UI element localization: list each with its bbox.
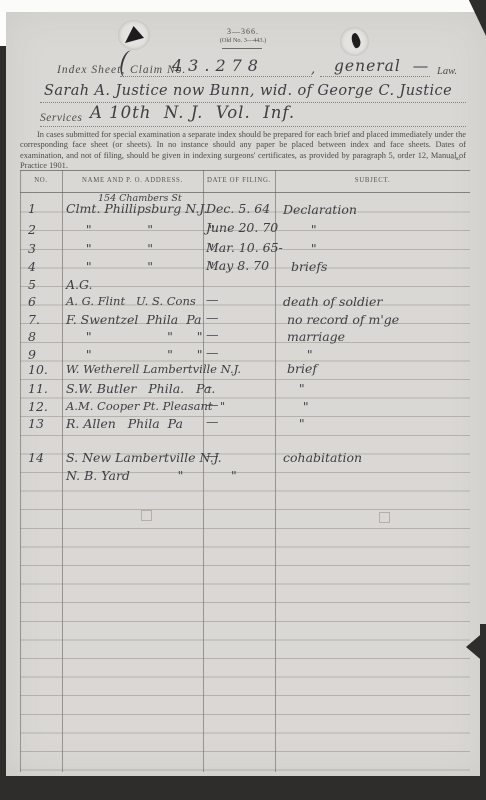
dotted-rule [40,126,466,127]
row-no: 1 [28,201,62,216]
col-header-name-address: NAME AND P. O. ADDRESS. [62,177,203,184]
index-sheet-label: Index Sheet, [57,64,125,76]
dotted-rule [320,76,430,77]
law-label: Law. [437,66,457,77]
form-number-rule [222,48,262,49]
dotted-rule [120,76,312,77]
row-no: 13 [28,416,62,431]
claimant-name: Sarah A. Justice now Bunn, wid. of Georg… [44,83,452,99]
row-name: Clmt. Phillipsburg N.J. [66,201,207,216]
row-no: 2 [28,222,62,237]
row-no: 14 [28,450,62,465]
row-name: S. New Lambertville N.J. [66,450,222,465]
row-subject: briefs [283,259,327,274]
row-no: 8 [28,329,62,344]
row-name: " " " [66,259,214,274]
row-subject: " [283,222,317,237]
row-name: A. G. Flint U. S. Cons [66,294,196,308]
row-name: W. Wetherell Lambertville N.J. [66,362,241,376]
row-date: — [206,414,223,429]
form-old-number: (Old No. 3—443.) [180,37,306,44]
scan-bottom-edge [0,776,486,800]
services-label: Services [40,112,82,124]
col-header-subject: SUBJECT. [275,177,470,184]
row-subject: cohabitation [283,450,362,465]
row-no: 6 [28,294,62,309]
row-date: — [206,448,223,463]
form-number: 3—366. [180,27,306,36]
row-no: 12. [28,399,62,414]
row-no: 10. [28,362,62,377]
row-subject: " [283,241,317,256]
row-date: — [206,397,223,412]
row-subject: " [283,347,313,362]
row-no: 11. [28,381,62,396]
row-date: – [206,379,212,394]
row-subject: brief [283,361,317,376]
row-subject: " [283,416,305,431]
row-date: May 8. 70 [206,258,269,273]
row-no: 5 [28,277,62,292]
scan-artifact [141,510,152,521]
col-header-date-of-filing: DATE OF FILING. [203,177,275,184]
comma: , [311,62,315,77]
row-no: 9 [28,347,62,362]
row-date: — [206,345,223,360]
row-date: Mar. 10. 65- [206,240,283,255]
row-name: S.W. Butler Phila. Pa. [66,381,215,396]
row-subject: death of soldier [283,294,382,309]
row-subject: " [283,381,305,396]
instructions-paragraph: In cases submitted for special examinati… [20,130,466,172]
row-name: A.M. Cooper Pt. Pleasant " [66,399,225,413]
row-name: A.G. [66,277,93,292]
row-subject: " [283,399,309,414]
row-name: R. Allen Phila Pa [66,416,183,431]
row-no: 4 [28,259,62,274]
scan-top-margin [0,0,486,12]
services-value: A 10th N. J. Vol. Inf. [90,103,295,122]
col-header-no: NO. [20,177,62,184]
row-date: — [206,310,223,325]
scan-artifact [379,512,390,523]
row-subject: no record of m'ge [283,312,399,327]
row-subject: Declaration [283,202,357,217]
row-date: Dec. 5. 64 [206,201,270,216]
margin-mark: —m [450,156,460,162]
scanned-index-sheet: 3—366. (Old No. 3—443.) Index Sheet, Cla… [0,0,486,800]
scan-left-edge [0,46,6,800]
row-name: " " " [66,222,214,237]
row-name-line2: N. B. Yard " " [66,468,237,483]
row-subject: marriage [283,329,345,344]
row-date: — [206,327,223,342]
row-name: " " " [66,241,214,256]
row-no: 3 [28,241,62,256]
row-name: " " " [66,329,202,344]
claim-no-value: 43.278 [172,56,264,75]
row-name: F. Swentzel Phila Pa [66,312,202,327]
row-date: June 20. 70 [206,220,278,235]
row-no: 7. [28,312,62,327]
row-date: — [206,292,223,307]
claim-class-value: general — [334,57,429,75]
row-name: " " " [66,347,202,362]
